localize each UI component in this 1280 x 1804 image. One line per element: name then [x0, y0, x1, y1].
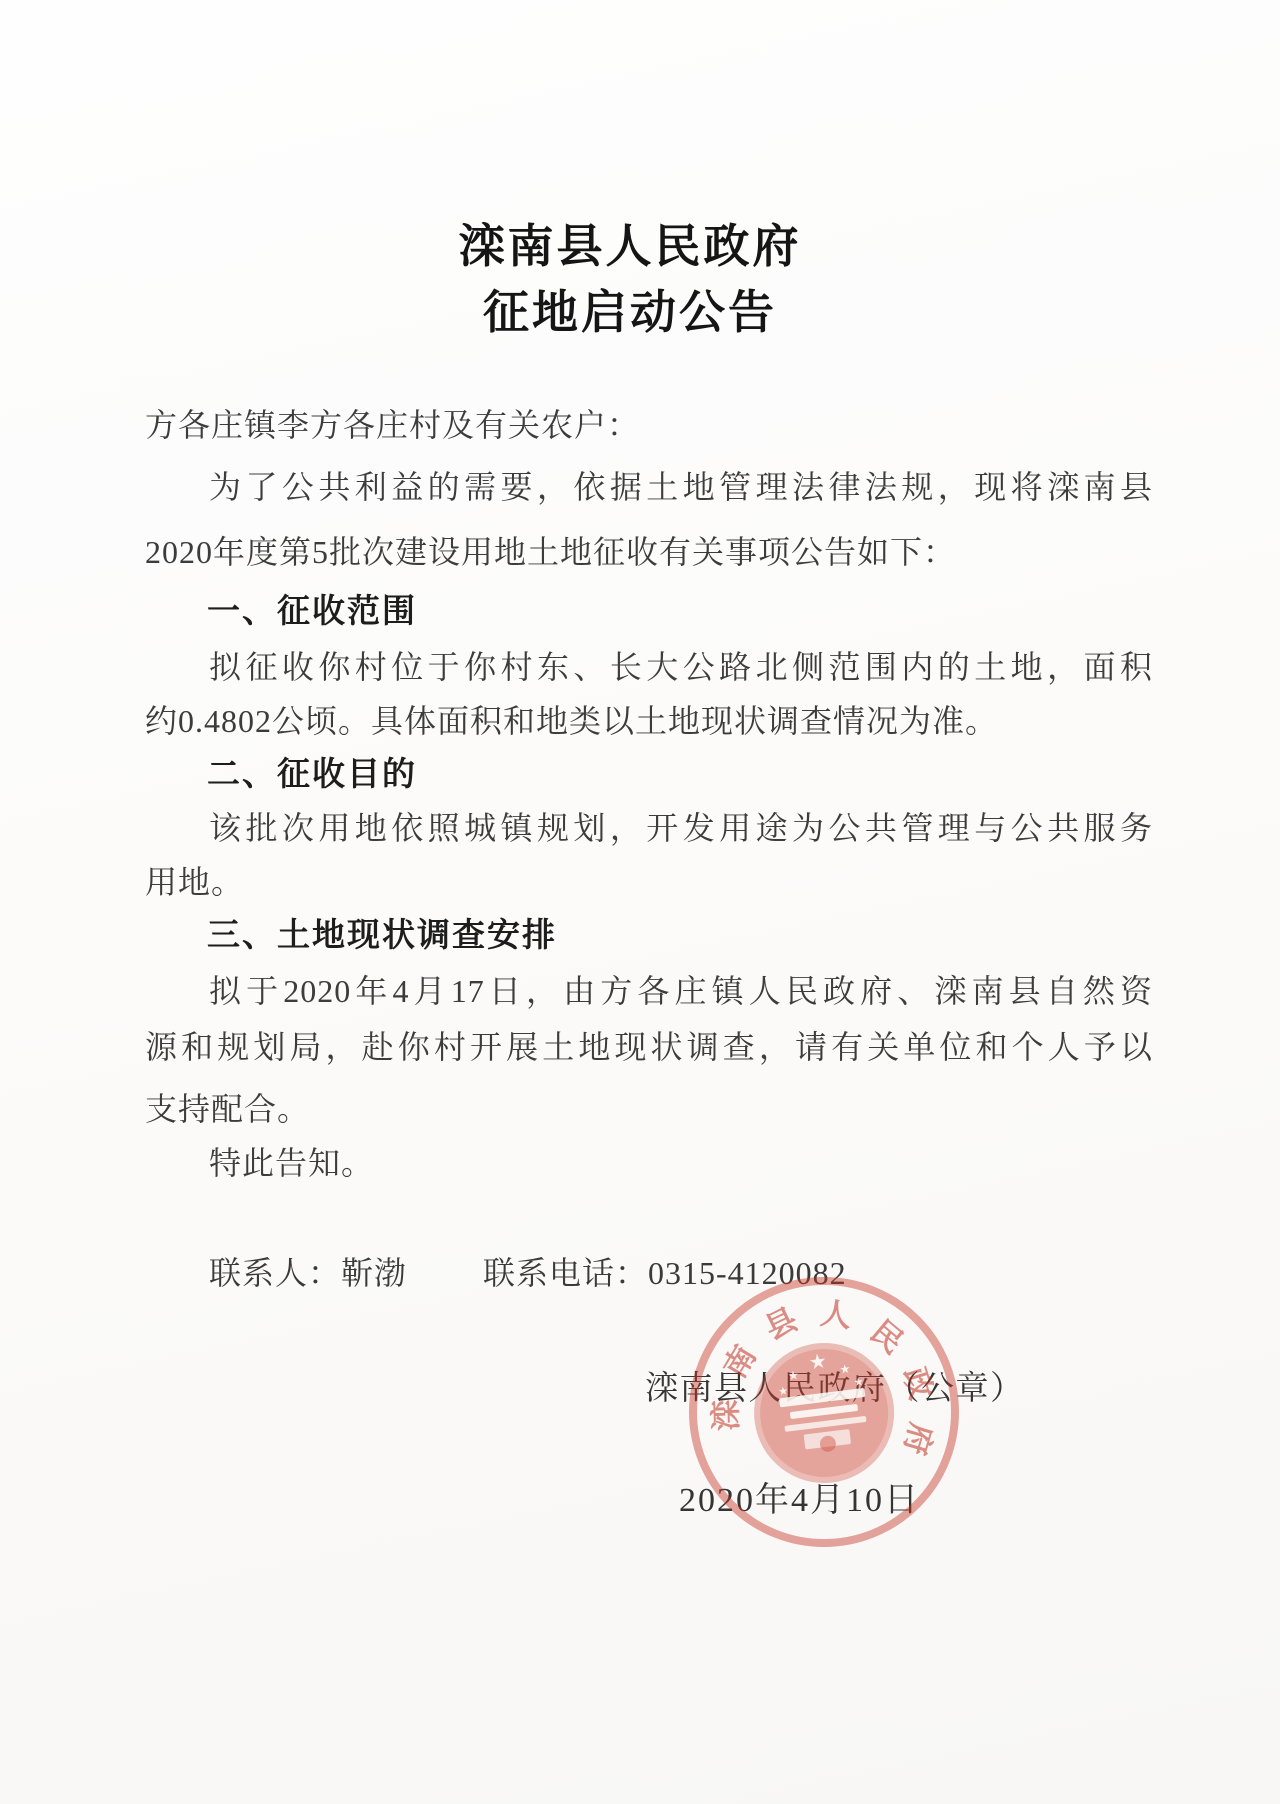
- section-heading-3: 三、土地现状调查安排: [145, 914, 1215, 956]
- signature-line: 滦南县人民政府（公章）: [645, 1362, 1025, 1409]
- date-line: 2020年4月10日: [679, 1472, 920, 1521]
- contact-phone: 联系电话：0315-4120082: [483, 1255, 847, 1291]
- section-heading-2: 二、征收目的: [145, 753, 1215, 795]
- seal-ring-char: 民: [863, 1307, 916, 1361]
- body-line: 该批次用地依照城镇规划，开发用途为公共管理与公共服务: [145, 807, 1153, 849]
- contact-person: 联系人：靳渤: [209, 1255, 407, 1291]
- body-line: 用地。: [145, 861, 1153, 903]
- document-title-line1: 滦南县人民政府: [0, 224, 1260, 270]
- seal-ring-char: 县: [756, 1294, 804, 1348]
- scanned-document-page: 滦南县人民政府 征地启动公告 方各庄镇李方各庄村及有关农户： 为了公共利益的需要…: [0, 0, 1280, 1804]
- seal-ring-text: 滦 南 县 人 民 政 府: [668, 1256, 980, 1568]
- national-emblem-icon: ★ ★ ★ ★ ★: [746, 1335, 902, 1491]
- salutation-line: 方各庄镇李方各庄村及有关农户：: [145, 404, 1153, 446]
- seal-ring-char: 府: [895, 1419, 947, 1461]
- body-line: 2020年度第5批次建设用地土地征收有关事项公告如下：: [145, 531, 1153, 573]
- section-heading-1: 一、征收范围: [145, 590, 1215, 632]
- body-line: 为了公共利益的需要，依据土地管理法律法规，现将滦南县: [145, 466, 1153, 508]
- body-line: 支持配合。: [145, 1088, 1153, 1130]
- body-line: 源和规划局，赴你村开展土地现状调查，请有关单位和个人予以: [145, 1026, 1153, 1068]
- body-line: 拟于2020年4月17日，由方各庄镇人民政府、滦南县自然资: [145, 970, 1153, 1012]
- seal-ring-char: 人: [818, 1288, 854, 1336]
- closing-line: 特此告知。: [145, 1142, 1153, 1184]
- body-line: 约0.4802公顷。具体面积和地类以土地现状调查情况为准。: [145, 700, 1153, 742]
- body-line: 拟征收你村位于你村东、长大公路北侧范围内的土地，面积: [145, 646, 1153, 688]
- document-title-line2: 征地启动公告: [0, 290, 1260, 336]
- contact-line: 联系人：靳渤联系电话：0315-4120082: [209, 1248, 847, 1294]
